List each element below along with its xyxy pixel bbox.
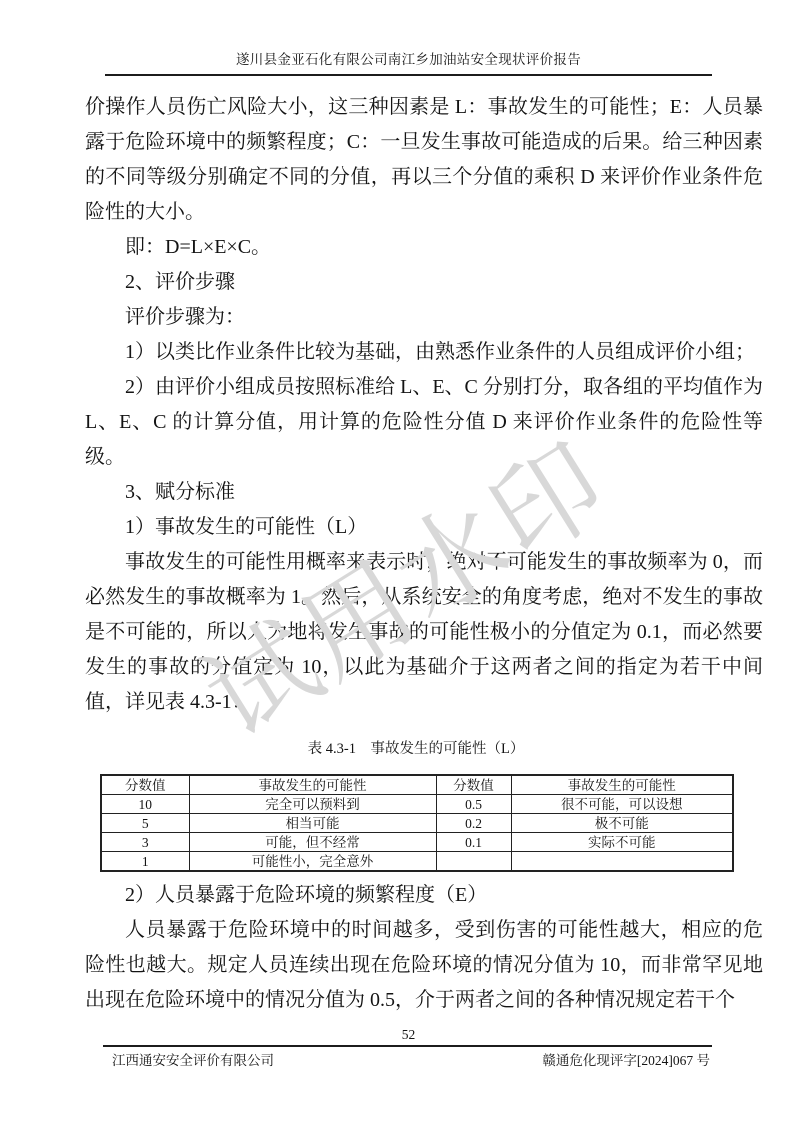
table-header-cell: 事故发生的可能性 [189,775,436,795]
table-cell [511,852,733,872]
table-row: 10完全可以预料到0.5很不可能，可以设想 [101,795,733,814]
table-cell: 5 [101,814,189,833]
likelihood-table: 分数值事故发生的可能性分数值事故发生的可能性 10完全可以预料到0.5很不可能，… [100,774,734,872]
table-cell: 0.2 [436,814,511,833]
table-header-cell: 事故发生的可能性 [511,775,733,795]
body-paragraph: 2、评价步骤 [85,265,763,300]
page-header: 遂川县金亚石化有限公司南江乡加油站安全现状评价报告 [105,52,712,76]
table-cell: 完全可以预料到 [189,795,436,814]
header-title: 遂川县金亚石化有限公司南江乡加油站安全现状评价报告 [105,52,712,68]
body-paragraph: 1）事故发生的可能性（L） [85,510,763,545]
paragraphs-after-table: 2）人员暴露于危险环境的频繁程度（E）人员暴露于危险环境中的时间越多，受到伤害的… [85,878,763,1018]
table-header-cell: 分数值 [101,775,189,795]
body-paragraph: 2）人员暴露于危险环境的频繁程度（E） [85,878,763,913]
table-cell [436,852,511,872]
table-row: 5相当可能0.2极不可能 [101,814,733,833]
table-body: 10完全可以预料到0.5很不可能，可以设想5相当可能0.2极不可能3可能，但不经… [101,795,733,872]
table-cell: 很不可能，可以设想 [511,795,733,814]
table-cell: 1 [101,852,189,872]
page-footer: 江西通安安全评价有限公司 赣通危化现评字[2024]067 号 [103,1045,712,1069]
table-row: 1可能性小，完全意外 [101,852,733,872]
document-body: 价操作人员伤亡风险大小，这三种因素是 L：事故发生的可能性；E：人员暴露于危险环… [85,90,763,1018]
table-cell: 极不可能 [511,814,733,833]
paragraphs-before-table: 价操作人员伤亡风险大小，这三种因素是 L：事故发生的可能性；E：人员暴露于危险环… [85,90,763,720]
table-cell: 相当可能 [189,814,436,833]
table-row: 3可能，但不经常0.1实际不可能 [101,833,733,852]
table-header-row: 分数值事故发生的可能性分数值事故发生的可能性 [101,775,733,795]
table-cell: 可能性小，完全意外 [189,852,436,872]
table-cell: 可能，但不经常 [189,833,436,852]
table-head: 分数值事故发生的可能性分数值事故发生的可能性 [101,775,733,795]
body-paragraph: 评价步骤为： [85,300,763,335]
table-cell: 0.1 [436,833,511,852]
table-cell: 实际不可能 [511,833,733,852]
table-cell: 3 [101,833,189,852]
body-paragraph: 3、赋分标准 [85,475,763,510]
document-page: 遂川县金亚石化有限公司南江乡加油站安全现状评价报告 试用水印 价操作人员伤亡风险… [0,0,793,1122]
body-paragraph: 1）以类比作业条件比较为基础，由熟悉作业条件的人员组成评价小组； [85,335,763,370]
footer-company: 江西通安安全评价有限公司 [103,1052,274,1069]
table-caption: 表 4.3-1 事故发生的可能性（L） [100,738,732,760]
footer-doc-number: 赣通危化现评字[2024]067 号 [542,1052,712,1069]
body-paragraph: 事故发生的可能性用概率来表示时，绝对不可能发生的事故频率为 0，而必然发生的事故… [85,545,763,720]
table-cell: 10 [101,795,189,814]
page-number: 52 [105,1026,712,1043]
body-paragraph: 人员暴露于危险环境中的时间越多，受到伤害的可能性越大，相应的危险性也越大。规定人… [85,913,763,1018]
body-paragraph: 2）由评价小组成员按照标准给 L、E、C 分别打分，取各组的平均值作为 L、E、… [85,370,763,475]
body-paragraph: 价操作人员伤亡风险大小，这三种因素是 L：事故发生的可能性；E：人员暴露于危险环… [85,90,763,230]
body-paragraph: 即：D=L×E×C。 [85,230,763,265]
table-header-cell: 分数值 [436,775,511,795]
table-cell: 0.5 [436,795,511,814]
